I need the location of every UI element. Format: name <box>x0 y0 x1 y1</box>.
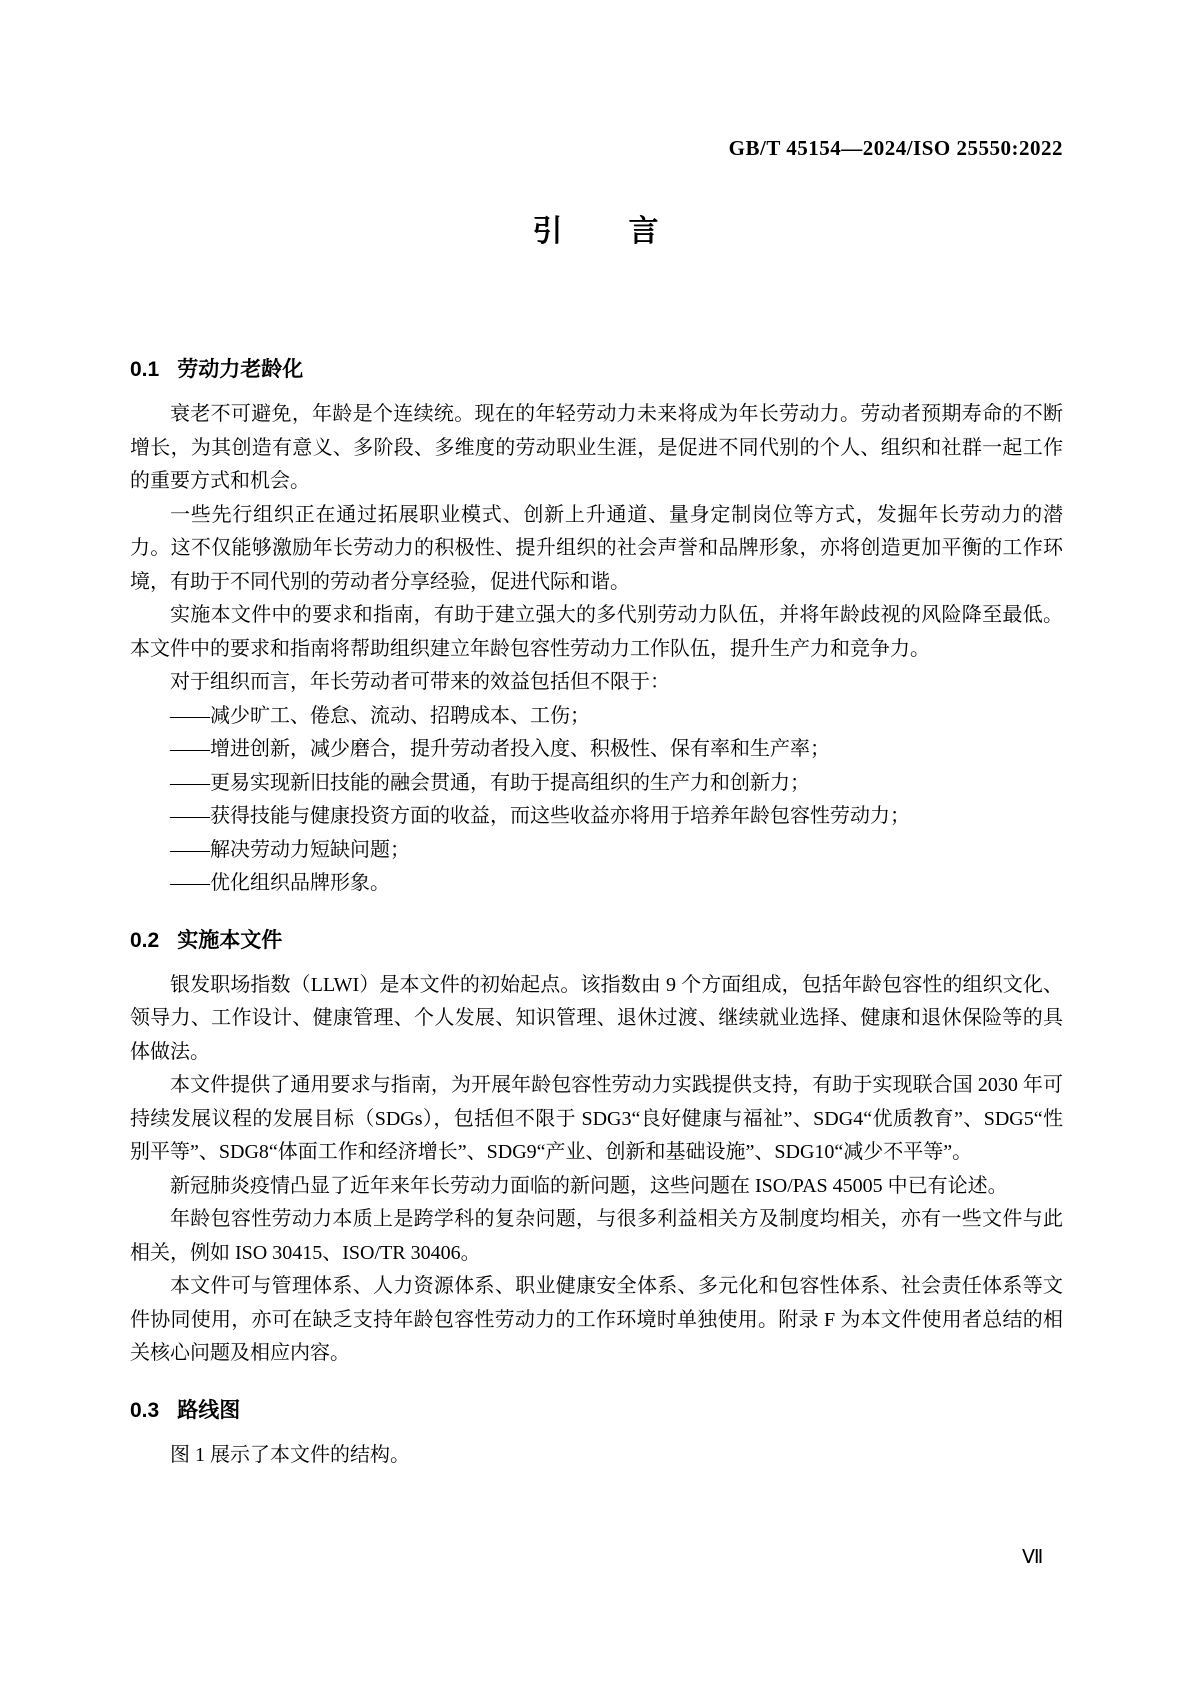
section-body-0-3: 图 1 展示了本文件的结构。 <box>130 1439 1063 1473</box>
section-number: 0.1 <box>130 358 159 381</box>
page-content: 引 言 0.1劳动力老龄化 衰老不可避免，年龄是个连续统。现在的年轻劳动力未来将… <box>130 0 1063 1472</box>
section-number: 0.3 <box>130 1399 159 1422</box>
section-number: 0.2 <box>130 929 159 952</box>
page-number: Ⅶ <box>1022 1546 1043 1569</box>
section-body-0-1: 衰老不可避免，年龄是个连续统。现在的年轻劳动力未来将成为年长劳动力。劳动者预期寿… <box>130 398 1063 901</box>
list-item: ——解决劳动力短缺问题； <box>130 834 1063 868</box>
section-title: 路线图 <box>177 1399 240 1422</box>
paragraph: 实施本文件中的要求和指南，有助于建立强大的多代别劳动力队伍，并将年龄歧视的风险降… <box>130 599 1063 666</box>
list-item: ——增进创新，减少磨合，提升劳动者投入度、积极性、保有率和生产率； <box>130 733 1063 767</box>
paragraph: 对于组织而言，年长劳动者可带来的效益包括但不限于： <box>130 666 1063 700</box>
paragraph: 衰老不可避免，年龄是个连续统。现在的年轻劳动力未来将成为年长劳动力。劳动者预期寿… <box>130 398 1063 499</box>
paragraph: 本文件提供了通用要求与指南，为开展年龄包容性劳动力实践提供支持，有助于实现联合国… <box>130 1069 1063 1170</box>
paragraph: 年龄包容性劳动力本质上是跨学科的复杂问题，与很多利益相关方及制度均相关，亦有一些… <box>130 1203 1063 1270</box>
section-heading-0-1: 0.1劳动力老龄化 <box>130 356 1063 384</box>
document-page: GB/T 45154—2024/ISO 25550:2022 引 言 0.1劳动… <box>0 0 1191 1685</box>
list-item: ——优化组织品牌形象。 <box>130 867 1063 901</box>
list-item: ——获得技能与健康投资方面的收益，而这些收益亦将用于培养年龄包容性劳动力； <box>130 800 1063 834</box>
list-item: ——减少旷工、倦怠、流动、招聘成本、工伤； <box>130 700 1063 734</box>
section-title: 劳动力老龄化 <box>177 358 303 381</box>
paragraph: 图 1 展示了本文件的结构。 <box>130 1439 1063 1473</box>
page-title: 引 言 <box>130 212 1063 252</box>
list-item: ——更易实现新旧技能的融会贯通，有助于提高组织的生产力和创新力； <box>130 767 1063 801</box>
paragraph: 银发职场指数（LLWI）是本文件的初始起点。该指数由 9 个方面组成，包括年龄包… <box>130 969 1063 1070</box>
section-body-0-2: 银发职场指数（LLWI）是本文件的初始起点。该指数由 9 个方面组成，包括年龄包… <box>130 969 1063 1371</box>
section-heading-0-3: 0.3路线图 <box>130 1397 1063 1425</box>
paragraph: 一些先行组织正在通过拓展职业模式、创新上升通道、量身定制岗位等方式，发掘年长劳动… <box>130 499 1063 600</box>
section-title: 实施本文件 <box>177 929 282 952</box>
paragraph: 新冠肺炎疫情凸显了近年来年长劳动力面临的新问题，这些问题在 ISO/PAS 45… <box>130 1170 1063 1204</box>
section-heading-0-2: 0.2实施本文件 <box>130 927 1063 955</box>
paragraph: 本文件可与管理体系、人力资源体系、职业健康安全体系、多元化和包容性体系、社会责任… <box>130 1270 1063 1371</box>
